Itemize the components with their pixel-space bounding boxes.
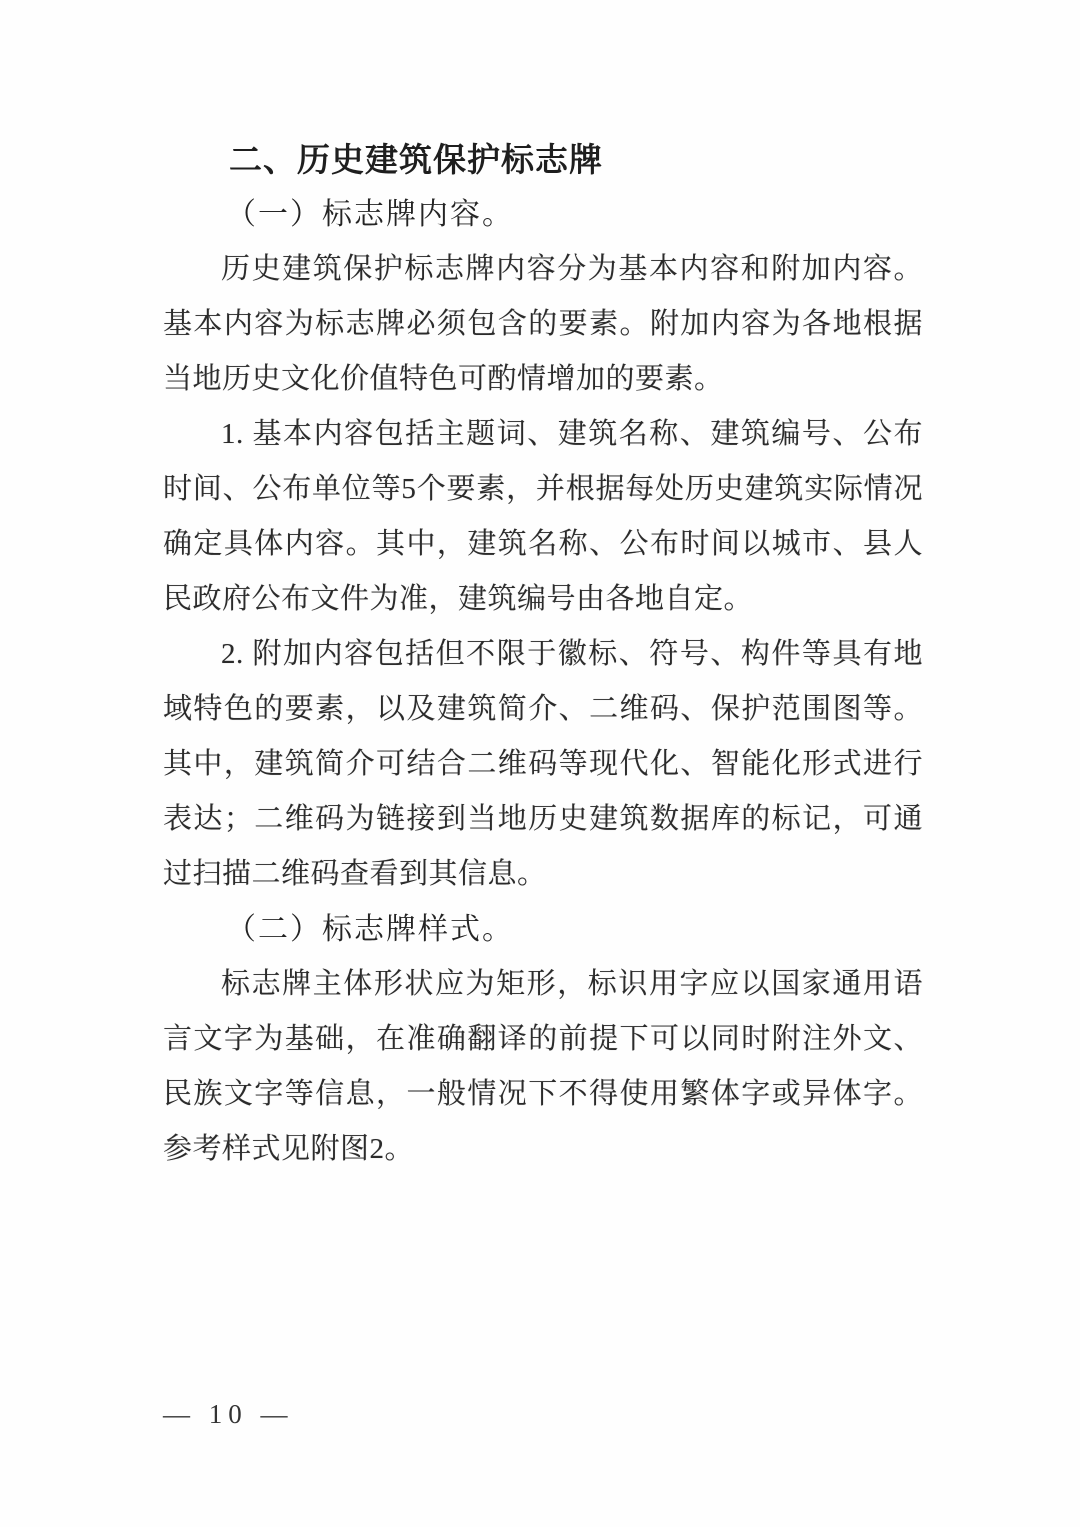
page-number: — 10 — xyxy=(163,1396,294,1432)
subsection-heading-2: （二）标志牌样式。 xyxy=(163,902,923,957)
document-page: 二、历史建筑保护标志牌 （一）标志牌内容。 历史建筑保护标志牌内容分为基本内容和… xyxy=(0,0,1080,1527)
section-title: 二、历史建筑保护标志牌 xyxy=(163,132,923,187)
paragraph-sign-style: 标志牌主体形状应为矩形，标识用字应以国家通用语言文字为基础，在准确翻译的前提下可… xyxy=(163,957,923,1177)
paragraph-basic-content: 1. 基本内容包括主题词、建筑名称、建筑编号、公布时间、公布单位等5个要素，并根… xyxy=(163,407,923,627)
paragraph-sign-content-overview: 历史建筑保护标志牌内容分为基本内容和附加内容。基本内容为标志牌必须包含的要素。附… xyxy=(163,242,923,407)
subsection-heading-1: （一）标志牌内容。 xyxy=(163,187,923,242)
paragraph-additional-content: 2. 附加内容包括但不限于徽标、符号、构件等具有地域特色的要素，以及建筑简介、二… xyxy=(163,627,923,902)
document-body: 二、历史建筑保护标志牌 （一）标志牌内容。 历史建筑保护标志牌内容分为基本内容和… xyxy=(163,132,923,1177)
